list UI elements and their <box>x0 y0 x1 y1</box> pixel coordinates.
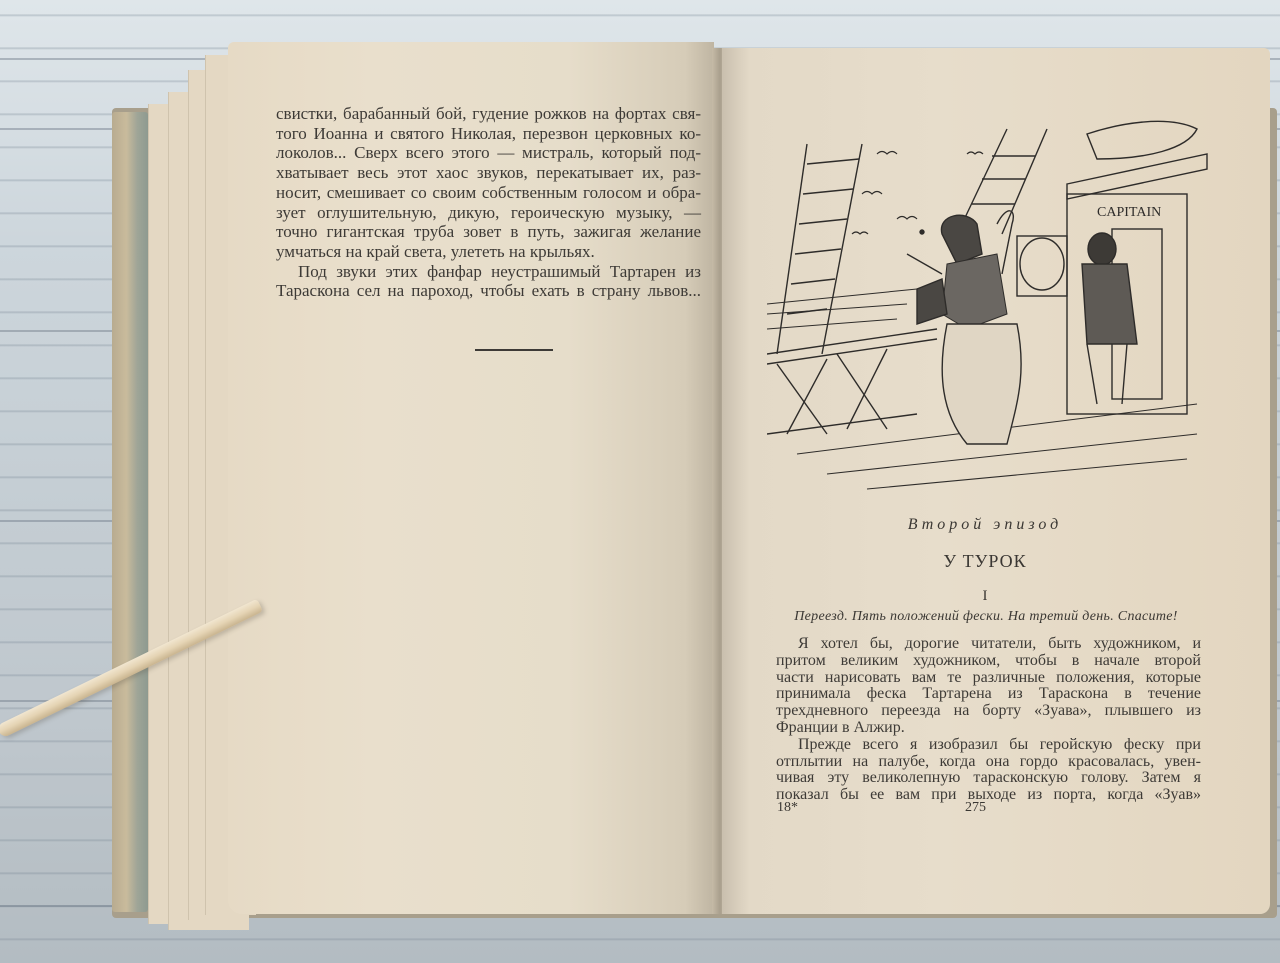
text-line: носит, смешивает со своим собственным го… <box>276 183 701 203</box>
text-line: свистки, барабанный бой, гудение рожков … <box>276 104 701 124</box>
sailor-figure <box>917 279 947 324</box>
text-line: части нарисовать вам те различные положе… <box>776 670 1201 687</box>
text-line: умчаться на край света, улететь на крыль… <box>276 242 701 262</box>
text-line: Под звуки этих фанфар неустрашимый Тарта… <box>276 262 701 282</box>
chapter-title: У ТУРОК <box>820 551 1150 572</box>
captain-figure <box>1082 233 1137 404</box>
text-line: Франции в Алжир. <box>776 720 1201 737</box>
text-line: того Иоанна и святого Николая, перезвон … <box>276 124 701 144</box>
harbour <box>767 289 917 329</box>
right-page-text: Я хотел бы, дорогие читатели, быть худож… <box>776 636 1201 804</box>
text-line: локолов... Сверх всего этого — мистраль,… <box>276 143 701 163</box>
text-line: притом великим художником, чтобы в начал… <box>776 653 1201 670</box>
ship-deck-illustration: CAPITAIN <box>767 114 1217 504</box>
text-line: Тараскона сел на пароход, чтобы ехать в … <box>276 281 701 301</box>
captain-sign: CAPITAIN <box>1097 205 1161 220</box>
signature-mark: 18* <box>777 800 798 816</box>
text-line: показал бы ее вам при выходе из порта, к… <box>776 787 1201 804</box>
chapter-number: I <box>820 588 1150 605</box>
text-line: Прежде всего я изобразил бы геройскую фе… <box>776 737 1201 754</box>
text-line: трехдневного переезда на борту «Зуава», … <box>776 703 1201 720</box>
chapter-summary: Переезд. Пять положений фески. На третий… <box>772 609 1200 625</box>
text-line: точно гигантская труба зовет в путь, заж… <box>276 222 701 242</box>
rigging-center <box>962 129 1047 234</box>
section-end-rule <box>475 349 553 351</box>
text-line: отплытии на палубе, когда она гордо крас… <box>776 754 1201 771</box>
tartarin-figure <box>907 211 1021 444</box>
text-line: зует оглушительную, дикую, героическую м… <box>276 203 701 223</box>
left-page-text: свистки, барабанный бой, гудение рожков … <box>276 104 701 301</box>
text-line: Я хотел бы, дорогие читатели, быть худож… <box>776 636 1201 653</box>
episode-label: Второй эпизод <box>820 516 1150 534</box>
text-line: принимала феска Тартарена из Тараскона в… <box>776 686 1201 703</box>
ship-railing <box>767 329 937 434</box>
page-number: 275 <box>965 800 986 816</box>
book-spine-edge <box>112 112 148 912</box>
text-line: хватывает весь этот хаос звуков, перекат… <box>276 163 701 183</box>
text-line: чивая эту великолепную тарасконскую голо… <box>776 770 1201 787</box>
